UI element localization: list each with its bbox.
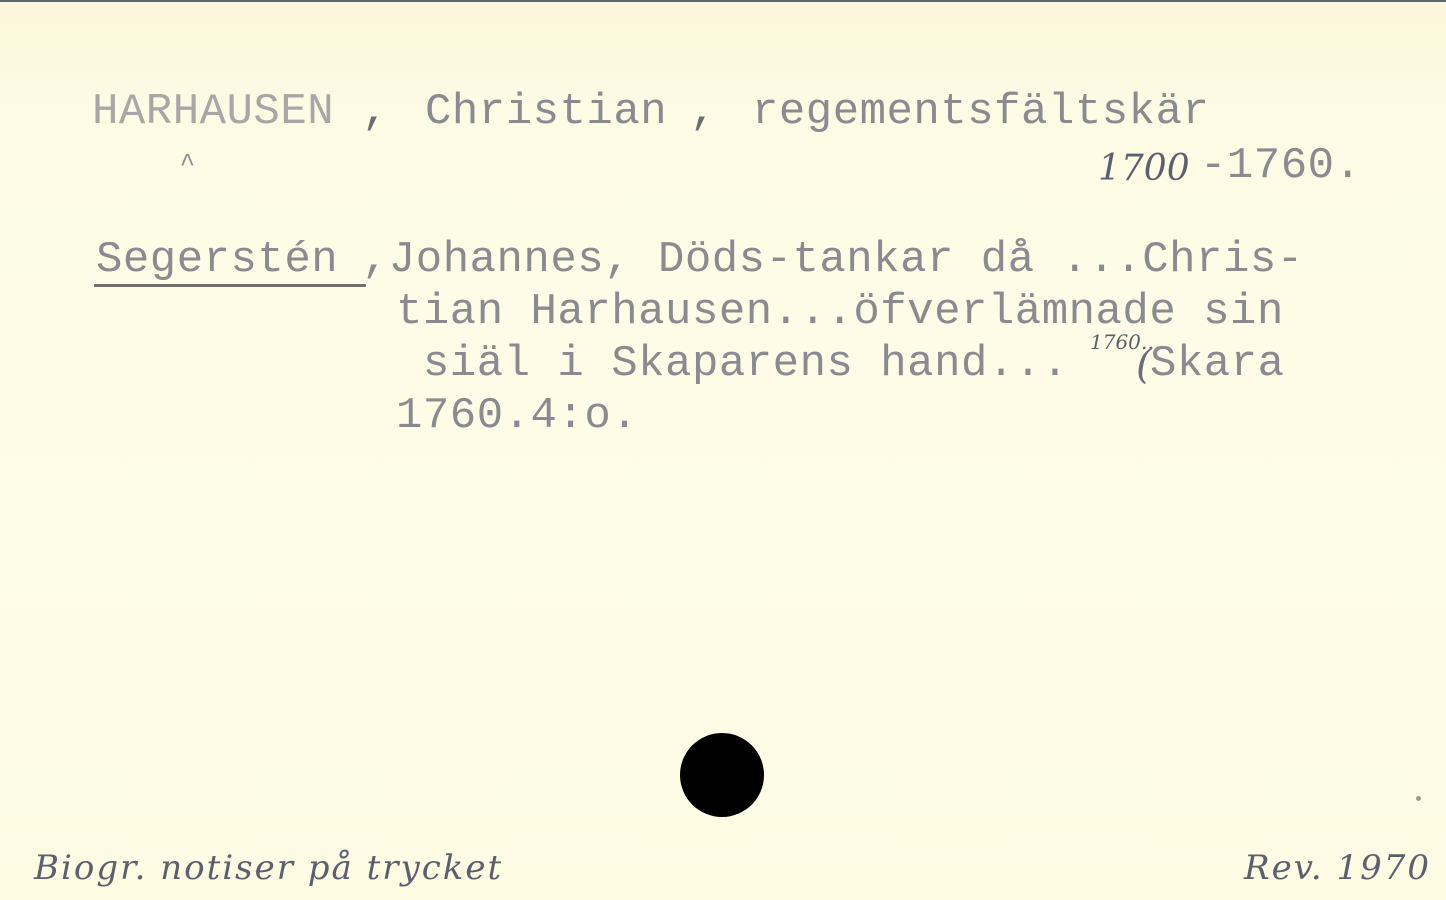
heading-separator-2: , bbox=[690, 86, 717, 138]
author-underline bbox=[94, 284, 366, 287]
footer-note-left: Biogr. notiser på trycket bbox=[34, 848, 503, 888]
catalog-card: ^ HARHAUSEN , Christian , regementsfälts… bbox=[0, 0, 1446, 900]
entry-line-3: siäl i Skaparens hand... bbox=[396, 338, 1069, 390]
caret-mark: ^ bbox=[180, 149, 196, 179]
card-punch-hole bbox=[680, 733, 764, 817]
entry-publication-place: Skara bbox=[1150, 338, 1285, 390]
heading-surname: HARHAUSEN bbox=[92, 86, 334, 138]
entry-author: Segerstén bbox=[96, 234, 338, 286]
heading-separator-1: , bbox=[362, 86, 389, 138]
paper-speck bbox=[1416, 796, 1421, 801]
death-year-typed: -1760. bbox=[1200, 140, 1361, 192]
birth-year-handwritten: 1700 bbox=[1098, 148, 1190, 189]
entry-line-4: 1760.4:o. bbox=[396, 390, 638, 442]
entry-line-1: ,Johannes, Döds-tankar då ...Chris- bbox=[362, 234, 1304, 286]
footer-note-revision: Rev. 1970 bbox=[1244, 848, 1431, 888]
heading-given-name: Christian bbox=[425, 86, 667, 138]
heading-occupation: regementsfältskär bbox=[752, 86, 1209, 138]
